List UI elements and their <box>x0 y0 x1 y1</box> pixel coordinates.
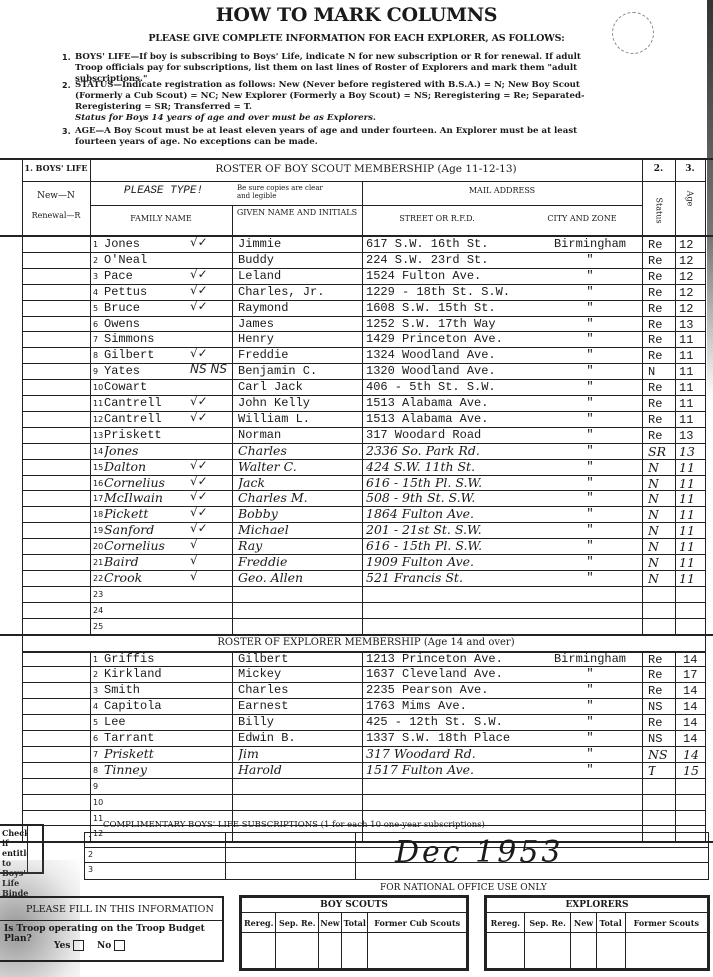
age: 11 <box>679 396 693 412</box>
given-name: Mickey <box>238 666 360 682</box>
given-name: Freddie <box>238 554 360 570</box>
family-name: O'Neal <box>104 252 194 268</box>
family-name: Cowart <box>104 379 194 395</box>
status: Re <box>648 253 662 269</box>
given-name: Jim <box>238 746 360 762</box>
complimentary-table: 1 2 3 Dec 1953 <box>84 832 709 880</box>
given-name: Michael <box>238 522 360 538</box>
age: 11 <box>679 380 693 396</box>
given-name: James <box>238 316 360 332</box>
family-name: Gilbert <box>104 347 194 363</box>
given-name: Benjamin C. <box>238 363 360 379</box>
check-mark: √✓ <box>190 520 208 536</box>
street-address: 616 - 15th Pl. S.W. <box>366 475 541 491</box>
family-name: Jones <box>104 236 194 252</box>
check-mark: √ <box>190 552 198 568</box>
given-name: Charles <box>238 682 360 698</box>
check-mark: √✓ <box>190 457 208 473</box>
check-mark: √✓ <box>190 282 208 298</box>
age: 14 <box>683 715 697 731</box>
street-address: 1637 Cleveland Ave. <box>366 666 541 682</box>
city: " <box>542 554 638 570</box>
street-address: 617 S.W. 16th St. <box>366 236 541 252</box>
street-address: 616 - 15th Pl. S.W. <box>366 538 541 554</box>
explorer-roster-title: ROSTER OF EXPLORER MEMBERSHIP (Age 14 an… <box>90 637 642 648</box>
street-address: 1517 Fulton Ave. <box>366 762 541 778</box>
street-address: 1513 Alabama Ave. <box>366 411 541 427</box>
street-address: 521 Francis St. <box>366 570 541 586</box>
status: Re <box>648 683 662 699</box>
status: Re <box>648 380 662 396</box>
family-name: Lee <box>104 714 224 730</box>
street-address: 2235 Pearson Ave. <box>366 682 541 698</box>
given-name: Billy <box>238 714 360 730</box>
status: N <box>648 523 659 539</box>
national-col-header: Total <box>342 913 368 933</box>
yes-checkbox[interactable] <box>73 940 84 951</box>
status: Re <box>648 652 662 668</box>
city: " <box>542 730 638 746</box>
family-name: Priskett <box>104 427 194 443</box>
status: NS <box>648 699 662 715</box>
street-address: 1252 S.W. 17th Way <box>366 316 541 332</box>
family-name: Simmons <box>104 331 194 347</box>
city: " <box>542 459 638 475</box>
given-name: Charles, Jr. <box>238 284 360 300</box>
city: " <box>542 284 638 300</box>
national-col-header: Rereg. <box>242 913 276 933</box>
family-name: Crook <box>104 570 194 586</box>
given-name: Leland <box>238 268 360 284</box>
age: 12 <box>679 285 693 301</box>
family-name: Kirkland <box>104 666 224 682</box>
given-name: Raymond <box>238 300 360 316</box>
age: 17 <box>683 667 697 683</box>
street-address: 201 - 21st St. S.W. <box>366 522 541 538</box>
street-address: 1763 Mims Ave. <box>366 698 541 714</box>
given-name: Geo. Allen <box>238 570 360 586</box>
status: N <box>648 364 655 380</box>
check-mark: √✓ <box>190 473 208 489</box>
status: Re <box>648 348 662 364</box>
given-name: Walter C. <box>238 459 360 475</box>
family-name: Cornelius <box>104 538 194 554</box>
given-name: Freddie <box>238 347 360 363</box>
given-name: Bobby <box>238 506 360 522</box>
family-name: Bruce <box>104 300 194 316</box>
city: " <box>542 570 638 586</box>
check-mark: √✓ <box>190 234 208 250</box>
status: N <box>648 460 659 476</box>
status: Re <box>648 269 662 285</box>
city: Birmingham <box>542 651 638 667</box>
instruction-3: 3. AGE—A Boy Scout must be at least elev… <box>75 126 610 148</box>
street-address: 406 - 5th St. S.W. <box>366 379 541 395</box>
age: 11 <box>679 476 695 492</box>
age: 11 <box>679 571 695 587</box>
status: N <box>648 476 659 492</box>
status: Re <box>648 332 662 348</box>
street-address: 1229 - 18th St. S.W. <box>366 284 541 300</box>
age: 13 <box>679 428 693 444</box>
check-mark: √✓ <box>190 298 208 314</box>
status: N <box>648 507 659 523</box>
status: Re <box>648 667 662 683</box>
family-name: Pickett <box>104 506 194 522</box>
age: 13 <box>679 444 695 460</box>
age: 11 <box>679 348 693 364</box>
city: " <box>542 538 638 554</box>
age: 12 <box>679 269 693 285</box>
status: Re <box>648 301 662 317</box>
national-col-header: Sep. Re. <box>524 913 571 933</box>
check-mark: √✓ <box>190 488 208 504</box>
city: " <box>542 331 638 347</box>
city: " <box>542 316 638 332</box>
age: 14 <box>683 652 697 668</box>
family-name: Owens <box>104 316 194 332</box>
age: 12 <box>679 253 693 269</box>
city: " <box>542 411 638 427</box>
national-col-header: Total <box>596 913 625 933</box>
status: N <box>648 555 659 571</box>
family-name: Tinney <box>104 762 224 778</box>
street-address: 2336 So. Park Rd. <box>366 443 541 459</box>
given-name: Ray <box>238 538 360 554</box>
family-name: Jones <box>104 443 194 459</box>
city: " <box>542 443 638 459</box>
street-address: 1608 S.W. 15th St. <box>366 300 541 316</box>
street-address: 317 Woodard Rd. <box>366 746 541 762</box>
city: " <box>542 475 638 491</box>
city: " <box>542 252 638 268</box>
given-name: Norman <box>238 427 360 443</box>
scan-edge-shadow <box>707 0 713 400</box>
date-note: Dec 1953 <box>395 835 564 871</box>
city: " <box>542 363 638 379</box>
age: 12 <box>679 237 693 253</box>
age: 11 <box>679 460 695 476</box>
given-name: Henry <box>238 331 360 347</box>
status: Re <box>648 237 662 253</box>
status: N <box>648 571 659 587</box>
city: " <box>542 746 638 762</box>
status: Re <box>648 396 662 412</box>
age: 14 <box>683 699 697 715</box>
family-name: Sanford <box>104 522 194 538</box>
national-col-header: Sep. Re. <box>276 913 319 933</box>
city: " <box>542 490 638 506</box>
status: Re <box>648 428 662 444</box>
city: " <box>542 379 638 395</box>
status: N <box>648 539 659 555</box>
check-mark: √✓ <box>190 266 208 282</box>
status: Re <box>648 715 662 731</box>
family-name: Griffis <box>104 651 224 667</box>
status: NS <box>648 747 668 763</box>
city: " <box>542 522 638 538</box>
age: 11 <box>679 491 695 507</box>
family-name: McIlwain <box>104 490 194 506</box>
given-name: Charles <box>238 443 360 459</box>
given-name: Gilbert <box>238 651 360 667</box>
page-subtitle: PLEASE GIVE COMPLETE INFORMATION FOR EAC… <box>0 33 713 44</box>
given-name: William L. <box>238 411 360 427</box>
city: " <box>542 347 638 363</box>
age: 13 <box>679 317 693 333</box>
national-col-header: New <box>319 913 342 933</box>
family-name: Cornelius <box>104 475 194 491</box>
street-address: 1320 Woodland Ave. <box>366 363 541 379</box>
national-col-header: Former Cub Scouts <box>368 913 467 933</box>
check-mark: √ <box>190 536 198 552</box>
family-name: Pace <box>104 268 194 284</box>
city: " <box>542 300 638 316</box>
given-name: Buddy <box>238 252 360 268</box>
street-address: 1429 Princeton Ave. <box>366 331 541 347</box>
street-address: 1909 Fulton Ave. <box>366 554 541 570</box>
national-col-header: New <box>571 913 596 933</box>
no-checkbox[interactable] <box>114 940 125 951</box>
age: 14 <box>683 683 697 699</box>
city: " <box>542 698 638 714</box>
city: " <box>542 395 638 411</box>
age: 11 <box>679 332 693 348</box>
status: Re <box>648 317 662 333</box>
check-mark: √✓ <box>190 409 208 425</box>
city: " <box>542 666 638 682</box>
roster-title: ROSTER OF BOY SCOUT MEMBERSHIP (Age 11-1… <box>90 163 642 175</box>
family-name: Yates <box>104 363 194 379</box>
age: 11 <box>679 539 695 555</box>
family-name: Cantrell <box>104 395 194 411</box>
complimentary-title: COMPLIMENTARY BOYS' LIFE SUBSCRIPTIONS (… <box>103 820 485 830</box>
national-col-header: Rereg. <box>487 913 525 933</box>
age: 14 <box>683 731 697 747</box>
street-address: 1864 Fulton Ave. <box>366 506 541 522</box>
age: 11 <box>679 507 695 523</box>
check-mark: √✓ <box>190 393 208 409</box>
city: " <box>542 682 638 698</box>
city: " <box>542 427 638 443</box>
national-explorers-table: EXPLORERS Rereg.Sep. Re.NewTotalFormer S… <box>484 895 710 971</box>
given-name: Charles M. <box>238 490 360 506</box>
street-address: 1513 Alabama Ave. <box>366 395 541 411</box>
status: SR <box>648 444 666 460</box>
street-address: 1324 Woodland Ave. <box>366 347 541 363</box>
street-address: 224 S.W. 23rd St. <box>366 252 541 268</box>
given-name: Earnest <box>238 698 360 714</box>
fill-in-box: PLEASE FILL IN THIS INFORMATION Is Troop… <box>0 896 224 962</box>
city: " <box>542 268 638 284</box>
family-name: Pettus <box>104 284 194 300</box>
given-name: Harold <box>238 762 360 778</box>
status: Re <box>648 412 662 428</box>
status: Re <box>648 285 662 301</box>
check-mark: √✓ <box>190 504 208 520</box>
family-name: Baird <box>104 554 194 570</box>
status: N <box>648 491 659 507</box>
given-name: Jack <box>238 475 360 491</box>
national-boy-scouts-table: BOY SCOUTS Rereg.Sep. Re.NewTotalFormer … <box>239 895 469 971</box>
street-address: 508 - 9th St. S.W. <box>366 490 541 506</box>
city: " <box>542 714 638 730</box>
family-name: Cantrell <box>104 411 194 427</box>
check-mark: √✓ <box>190 345 208 361</box>
family-name: Dalton <box>104 459 194 475</box>
city: Birmingham <box>542 236 638 252</box>
family-name: Smith <box>104 682 224 698</box>
national-col-header: Former Scouts <box>625 913 707 933</box>
age: 11 <box>679 412 693 428</box>
page-title: HOW TO MARK COLUMNS <box>0 4 713 26</box>
street-address: 317 Woodard Road <box>366 427 541 443</box>
family-name: Capitola <box>104 698 224 714</box>
check-mark: √ <box>190 568 198 584</box>
age: 11 <box>679 523 695 539</box>
given-name: Jimmie <box>238 236 360 252</box>
given-name: John Kelly <box>238 395 360 411</box>
street-address: 425 - 12th St. S.W. <box>366 714 541 730</box>
street-address: 424 S.W. 11th St. <box>366 459 541 475</box>
age: 11 <box>679 555 695 571</box>
street-address: 1337 S.W. 18th Place <box>366 730 541 746</box>
status: T <box>648 763 656 779</box>
city: " <box>542 506 638 522</box>
street-address: 1213 Princeton Ave. <box>366 651 541 667</box>
given-name: Carl Jack <box>238 379 360 395</box>
family-name: Tarrant <box>104 730 224 746</box>
age: 15 <box>683 763 699 779</box>
city: " <box>542 762 638 778</box>
age: 14 <box>683 747 699 763</box>
street-address: 1524 Fulton Ave. <box>366 268 541 284</box>
age: 12 <box>679 301 693 317</box>
given-name: Edwin B. <box>238 730 360 746</box>
national-office-title: FOR NATIONAL OFFICE USE ONLY <box>380 883 547 893</box>
family-name: Priskett <box>104 746 224 762</box>
check-mark: NS NS <box>190 361 227 377</box>
instruction-2: 2. STATUS—Indicate registration as follo… <box>75 80 610 124</box>
status: NS <box>648 731 662 747</box>
age: 11 <box>679 364 693 380</box>
